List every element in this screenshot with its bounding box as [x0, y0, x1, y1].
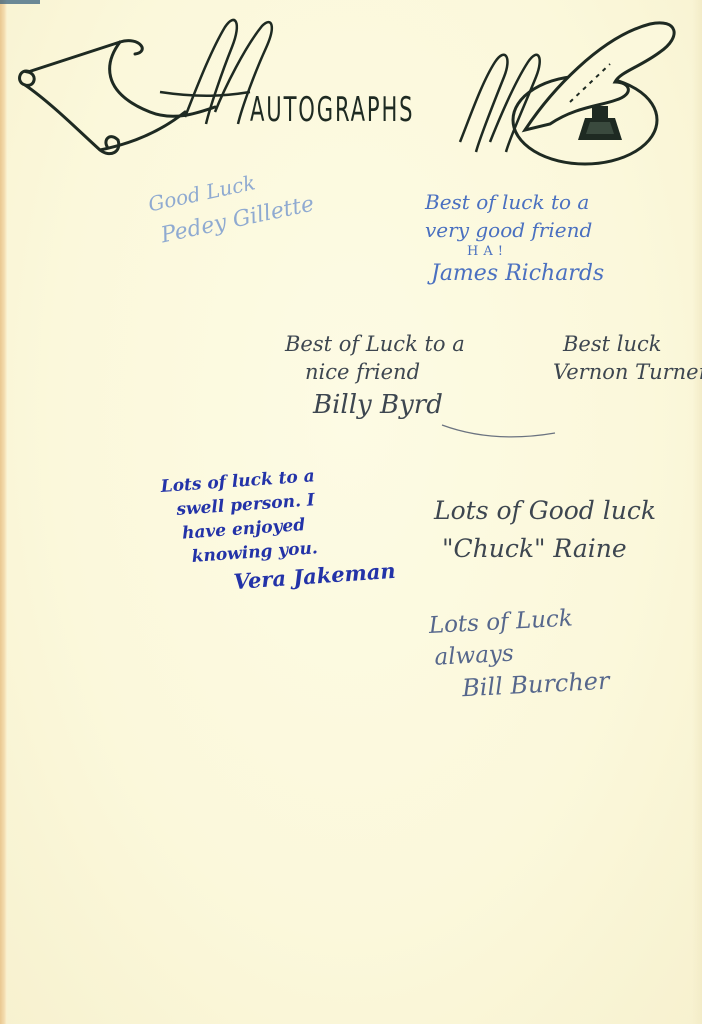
autograph-message: Best of Luck to a: [285, 330, 465, 358]
autograph-signature: "Chuck" Raine: [442, 530, 656, 568]
autograph-message: Lots of Good luck: [434, 492, 656, 530]
autograph-message: HA!: [467, 244, 604, 260]
autograph-richards: Best of luck to a very good friend HA! J…: [425, 188, 604, 288]
flourish-h-right: [460, 55, 540, 152]
inkwell-icon: [578, 106, 622, 140]
autograph-burcher: Lots of Luck always Bill Burcher: [428, 601, 610, 706]
autograph-signature: Vernon Turner: [553, 358, 702, 386]
autograph-raine: Lots of Good luck "Chuck" Raine: [434, 492, 656, 568]
signature-flourish: [440, 405, 560, 445]
autograph-jakeman: Lots of luck to a swell person. I have e…: [160, 459, 397, 603]
autograph-byrd: Best of Luck to a nice friend Billy Byrd: [285, 330, 465, 424]
scroll-icon: [20, 41, 215, 154]
page-title: AUTOGRAPHS: [250, 90, 414, 130]
cover-edge: [0, 0, 40, 4]
autograph-message: Best of luck to a: [425, 188, 604, 216]
autographs-header: AUTOGRAPHS: [10, 12, 690, 172]
autograph-turner: Best luck Vernon Turner: [553, 330, 702, 386]
autograph-signature: Bill Burcher: [461, 665, 610, 705]
page-edge: [692, 0, 702, 1024]
autograph-page: AUTOGRAPHS Good Luck Pedey Gillette Best…: [0, 0, 702, 1024]
binding-edge: [0, 0, 7, 1024]
quill-pen-icon: [513, 23, 674, 164]
autograph-message: nice friend: [305, 358, 465, 386]
autograph-message: very good friend: [425, 216, 604, 244]
autograph-signature: James Richards: [431, 260, 604, 288]
autograph-message: Best luck: [563, 330, 702, 358]
